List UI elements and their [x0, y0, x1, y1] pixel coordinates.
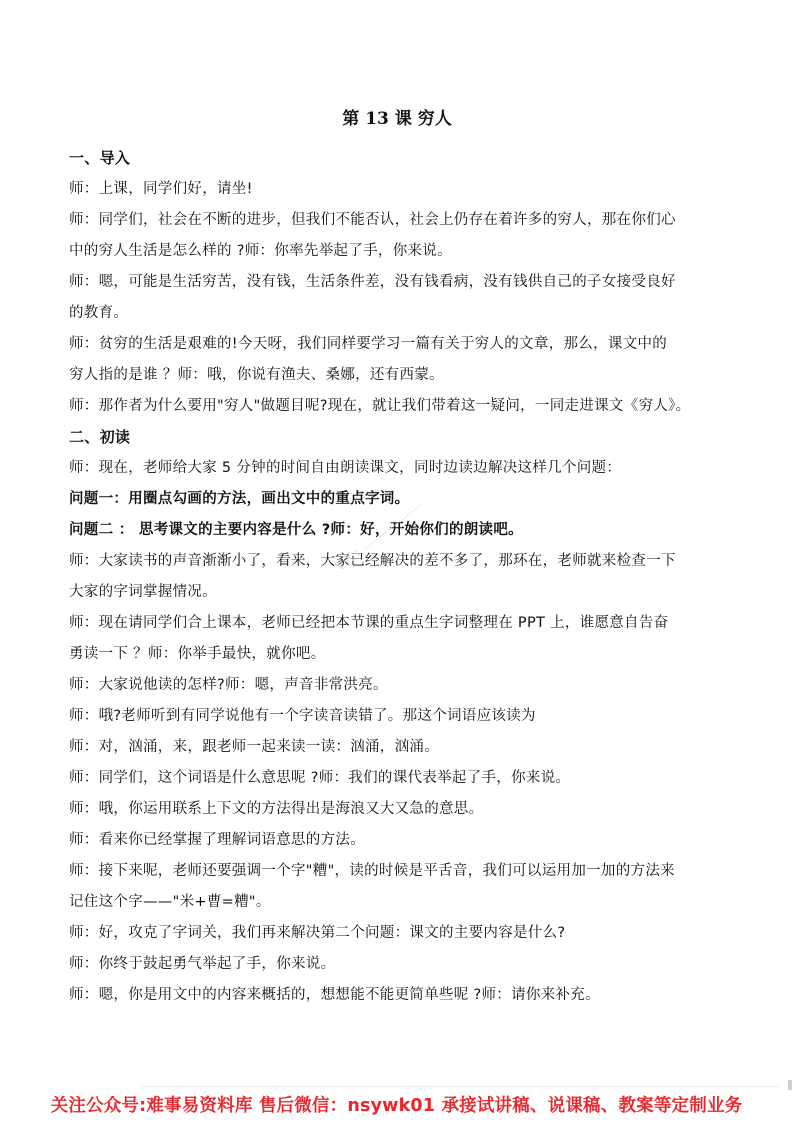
paragraph-line: 的教育。: [69, 298, 725, 329]
paragraph-line: 师：那作者为什么要用"穷人"做题目呢?现在，就让我们带着这一疑问，一同走进课文《…: [69, 391, 725, 422]
paragraph-line: 师：哦，你运用联系上下文的方法得出是海浪又大又急的意思。: [69, 794, 725, 825]
paragraph-line: 师：贫穷的生活是艰难的!今天呀，我们同样要学习一篇有关于穷人的文章，那么，课文中…: [69, 329, 725, 360]
lesson-content: 一、导入 师：上课，同学们好，请坐! 师：同学们，社会在不断的进步，但我们不能否…: [69, 143, 725, 1011]
paragraph-line: 师：好，攻克了字词关，我们再来解决第二个问题：课文的主要内容是什么?: [69, 918, 725, 949]
paragraph-line: 师：同学们，这个词语是什么意思呢 ?师：我们的课代表举起了手，你来说。: [69, 763, 725, 794]
paragraph-line: 师：看来你已经掌握了理解词语意思的方法。: [69, 825, 725, 856]
footer-divider: [140, 1086, 780, 1087]
paragraph-line: 穷人指的是谁 ？师：哦，你说有渔夫、桑娜，还有西蒙。: [69, 360, 725, 391]
paragraph-line: 师：大家读书的声音渐渐小了，看来，大家已经解决的差不多了，那环在，老师就来检查一…: [69, 546, 725, 577]
paragraph-line: 师：嗯，可能是生活穷苦，没有钱，生活条件差，没有钱看病，没有钱供自己的子女接受良…: [69, 267, 725, 298]
question-two: 问题二 ： 思考课文的主要内容是什么 ?师：好，开始你们的朗读吧。: [69, 515, 725, 546]
paragraph-line: 师：嗯，你是用文中的内容来概括的，想想能不能更简单些呢 ?师：请你来补充。: [69, 980, 725, 1011]
lesson-title: 第 13 课 穷人: [69, 104, 725, 129]
scroll-edge-mark: [788, 1080, 792, 1090]
question-one: 问题一：用圈点勾画的方法，画出文中的重点字词。: [69, 484, 725, 515]
paragraph-line: 师：大家说他读的怎样?师：嗯，声音非常洪亮。: [69, 670, 725, 701]
paragraph-line: 大家的字词掌握情况。: [69, 577, 725, 608]
paragraph-line: 记住这个字——"米+曹=糟"。: [69, 887, 725, 918]
section-heading-intro: 一、导入: [69, 143, 725, 174]
paragraph-line: 师：现在请同学们合上课本，老师已经把本节课的重点生字词整理在 PPT 上，谁愿意…: [69, 608, 725, 639]
paragraph-line: 师：对，汹涌，来，跟老师一起来读一读：汹涌，汹涌。: [69, 732, 725, 763]
paragraph-line: 师：你终于鼓起勇气举起了手，你来说。: [69, 949, 725, 980]
paragraph-line: 中的穷人生活是怎么样的 ?师：你率先举起了手，你来说。: [69, 236, 725, 267]
paragraph-line: 师：同学们，社会在不断的进步，但我们不能否认，社会上仍存在着许多的穷人，那在你们…: [69, 205, 725, 236]
paragraph-line: 师：现在，老师给大家 5 分钟的时间自由朗读课文，同时边读边解决这样几个问题：: [69, 453, 725, 484]
paragraph-line: 师：哦?老师听到有同学说他有一个字读音读错了。那这个词语应该读为: [69, 701, 725, 732]
paragraph-line: 师：上课，同学们好，请坐!: [69, 174, 725, 205]
footer-banner: 关注公众号:难事易资料库 售后微信：nsywk01 承接试讲稿、说课稿、教案等定…: [0, 1090, 793, 1122]
paragraph-line: 师：接下来呢，老师还要强调一个字"糟"，读的时候是平舌音，我们可以运用加一加的方…: [69, 856, 725, 887]
section-heading-first-reading: 二、初读: [69, 422, 725, 453]
paragraph-line: 勇读一下 ？师：你举手最快，就你吧。: [69, 639, 725, 670]
